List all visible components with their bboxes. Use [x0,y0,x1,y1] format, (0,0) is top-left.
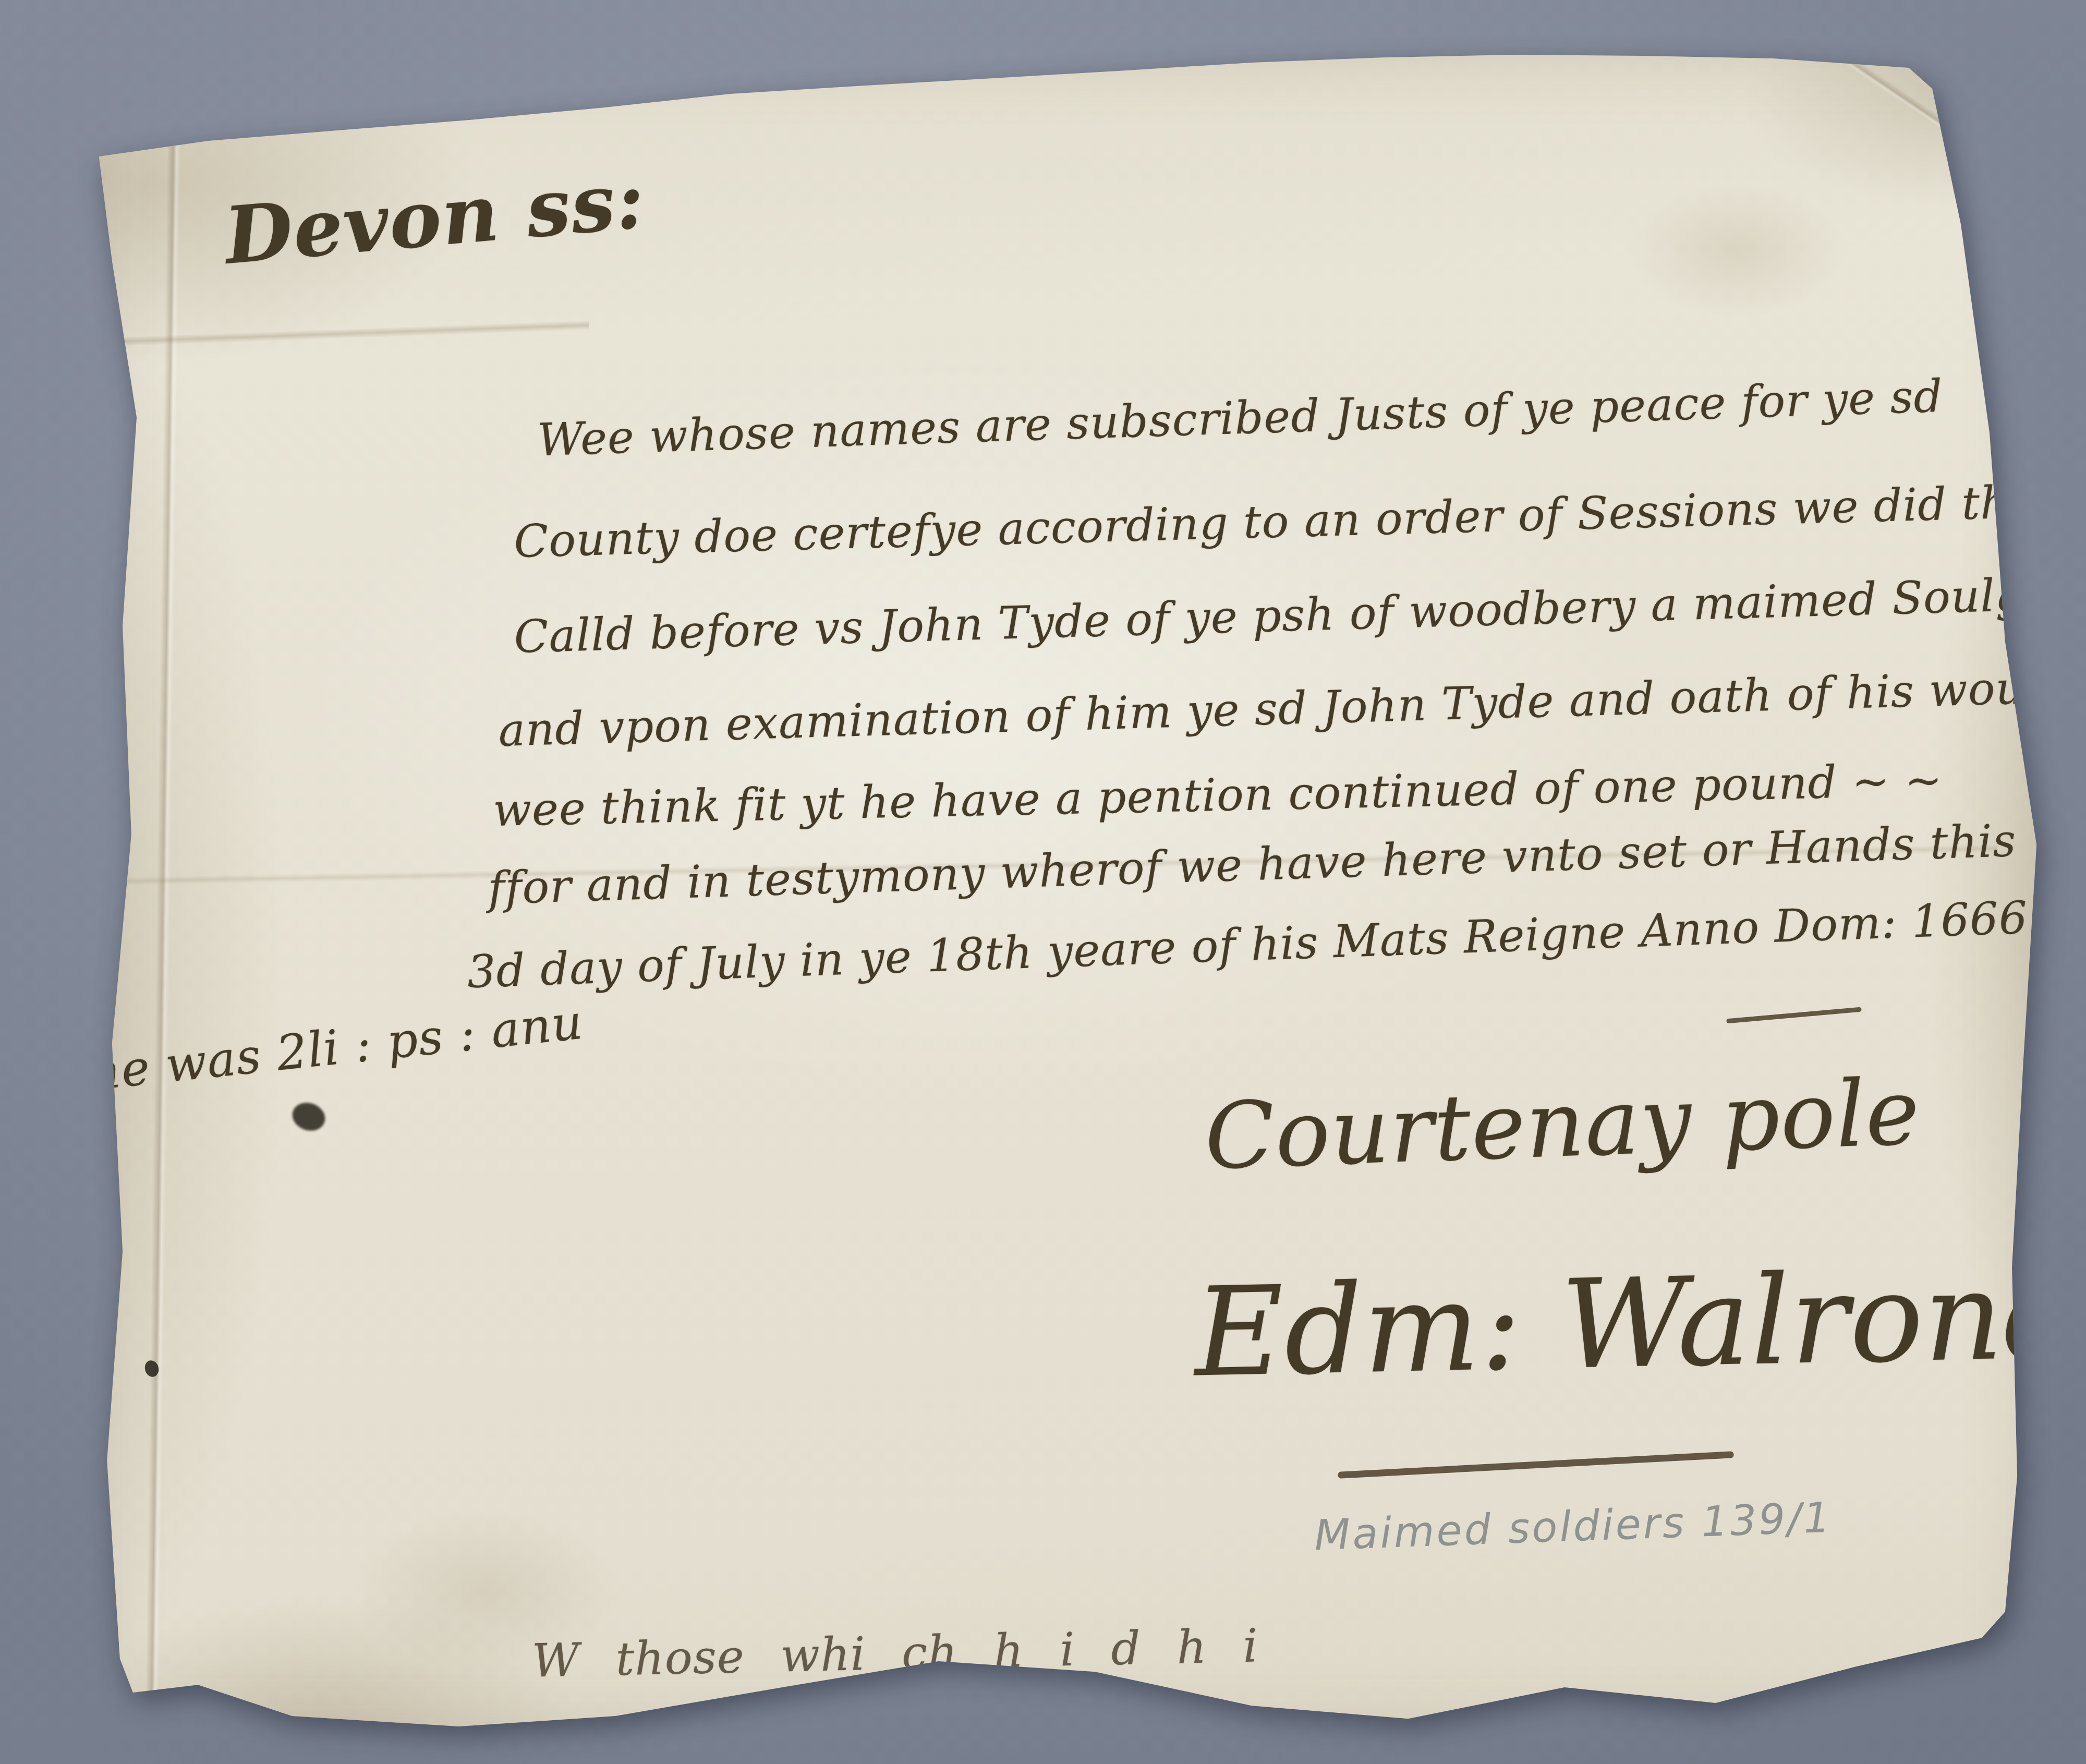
photo-backdrop: Devon ss: Wee whose names are subscribed… [0,0,2086,1764]
body-line-4: and vpon examination of him ye sd John T… [498,660,2086,757]
body-line-2: County doe certefye according to an orde… [513,473,2086,568]
paper-stain-top-right [1627,183,1846,318]
paper-fold-top-right [1789,18,1976,149]
paper-crease-horizontal-upper [120,320,589,346]
body-line-3: Calld before vs John Tyde of ye psh of w… [513,567,2074,663]
document-paper-wrapper: Devon ss: Wee whose names are subscribed… [0,0,2086,1764]
pencil-archive-annotation: Maimed soldiers 139/1 [1314,1493,1833,1560]
county-heading: Devon ss: [221,154,649,282]
margin-pension-note: he was 2li : ps : anu [87,994,586,1102]
paper-crease-vertical [145,141,181,1695]
signature-edm-walrond: Edm: Walrond:/ [1193,1242,2086,1405]
clipped-bottom-writing: W those whi ch h i d h i [531,1618,1258,1687]
date-underline-flourish [1726,1007,1862,1024]
ink-blot [288,1098,329,1135]
manuscript-paper: Devon ss: Wee whose names are subscribed… [89,47,2039,1742]
ink-speck [143,1359,160,1379]
signature-courtenay-pole: Courtenay pole [1203,1059,1922,1190]
signature-underline-flourish [1338,1451,1734,1479]
body-line-1: Wee whose names are subscribed Justs of … [537,370,1944,467]
